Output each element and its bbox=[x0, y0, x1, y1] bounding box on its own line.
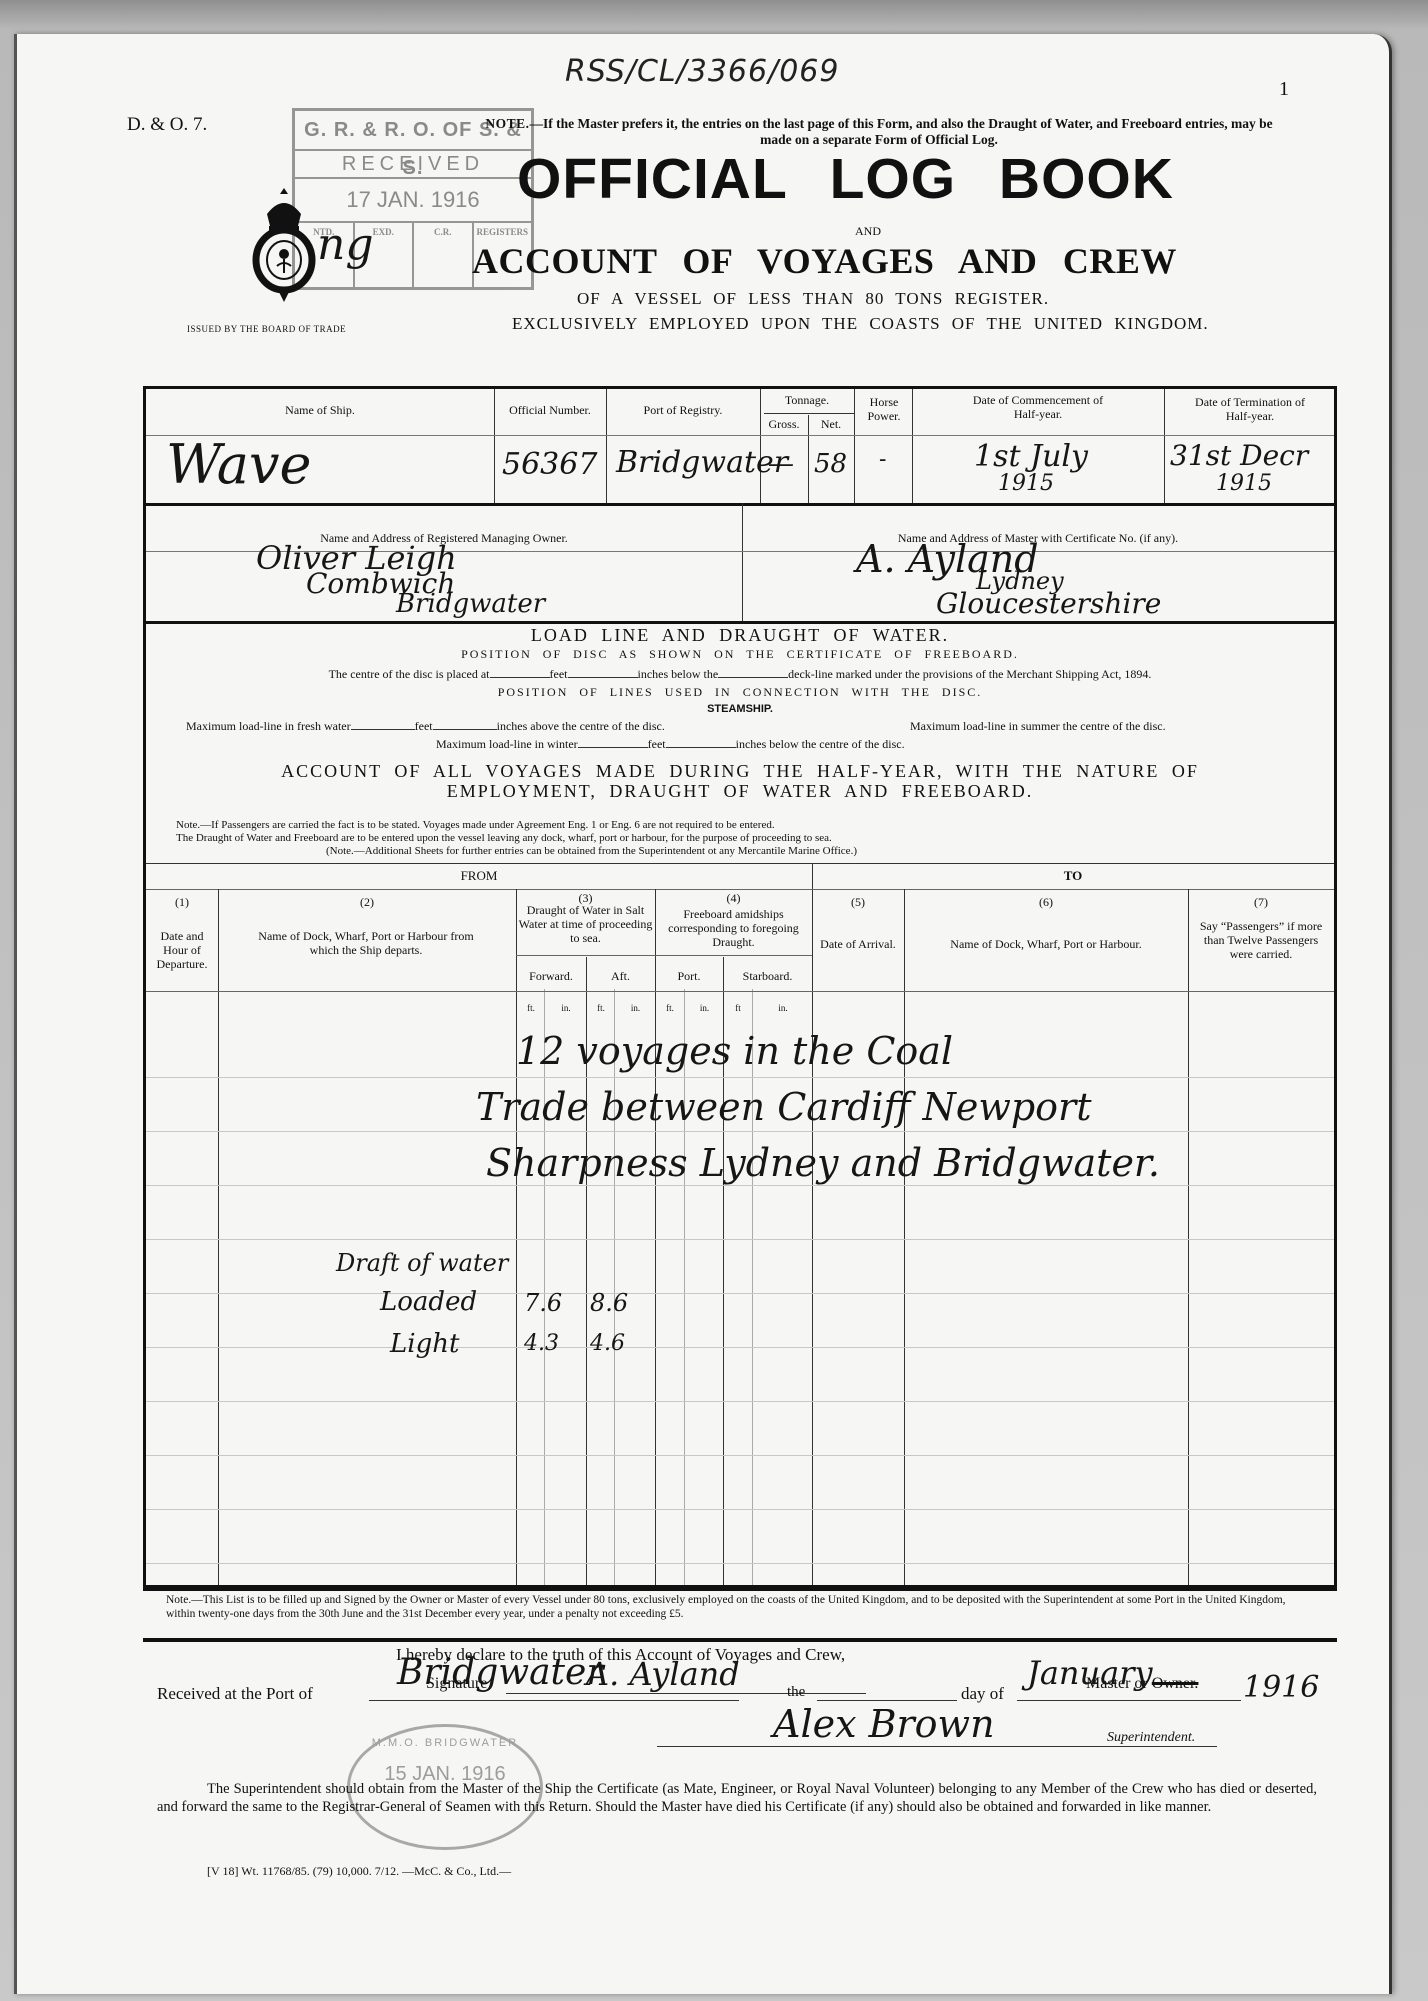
draught-label: Draft of water bbox=[336, 1249, 508, 1277]
col-2-label: Name of Dock, Wharf, Port or Harbour fro… bbox=[256, 929, 476, 957]
col-6-label: Name of Dock, Wharf, Port or Harbour. bbox=[946, 937, 1146, 951]
label-commencement: Date of Commencement of Half-year. bbox=[916, 393, 1160, 421]
fresh-water-line: Maximum load-line in fresh waterfeetinch… bbox=[186, 719, 665, 734]
col-5-label: Date of Arrival. bbox=[816, 937, 900, 951]
unit-in: in. bbox=[754, 1001, 812, 1015]
draught-loaded-aft: 8.6 bbox=[590, 1289, 628, 1317]
label-gross: Gross. bbox=[760, 417, 808, 431]
value-horse-power: - bbox=[879, 447, 886, 472]
disc-heading: POSITION OF DISC AS SHOWN ON THE CERTIFI… bbox=[146, 647, 1334, 662]
label-horse-power: Horse Power. bbox=[856, 395, 912, 423]
unit-ft: ft. bbox=[657, 1001, 683, 1015]
superintendent-signature: Alex Brown bbox=[773, 1702, 995, 1746]
account-note-3: (Note.—Additional Sheets for further ent… bbox=[326, 845, 857, 857]
royal-crest-icon bbox=[249, 184, 319, 304]
col-4-num: (4) bbox=[655, 891, 812, 905]
log-book-page: RSS/CL/3366/069 1 D. & O. 7. G. R. & R. … bbox=[14, 34, 1392, 1994]
issuer-label: ISSUED BY THE BOARD OF TRADE bbox=[187, 324, 346, 334]
winter-line: Maximum load-line in winterfeetinches be… bbox=[436, 737, 905, 752]
col-1-label: Date and Hour of Departure. bbox=[150, 929, 214, 971]
col-2-num: (2) bbox=[218, 895, 516, 909]
summer-line: Maximum load-line in summer the centre o… bbox=[910, 719, 1166, 734]
subcol-aft: Aft. bbox=[586, 969, 655, 983]
page-subtitle: ACCOUNT OF VOYAGES AND CREW bbox=[472, 240, 1177, 282]
receipt-the-label: the bbox=[787, 1684, 805, 1701]
col-4-label: Freeboard amidships corresponding to for… bbox=[657, 907, 810, 949]
col-7-label: Say “Passengers” if more than Twelve Pas… bbox=[1194, 919, 1328, 961]
title-and: AND bbox=[855, 224, 881, 239]
closing-instructions: The Superintendent should obtain from th… bbox=[157, 1780, 1317, 1816]
receipt-port-label: Received at the Port of bbox=[157, 1684, 313, 1704]
label-official-number: Official Number. bbox=[494, 403, 606, 417]
stamp-status: RECEIVED bbox=[295, 151, 531, 179]
superintendent-label: Superintendent. bbox=[1107, 1730, 1195, 1746]
master-signature: A. Ayland bbox=[586, 1655, 740, 1693]
main-form-box: Name of Ship. Official Number. Port of R… bbox=[143, 386, 1337, 1591]
load-line-title: LOAD LINE AND DRAUGHT OF WATER. bbox=[146, 625, 1334, 646]
archive-reference: RSS/CL/3366/069 bbox=[565, 54, 839, 89]
account-title: ACCOUNT OF ALL VOYAGES MADE DURING THE H… bbox=[146, 761, 1334, 801]
col-1-num: (1) bbox=[146, 895, 218, 909]
receipt-day-of-label: day of bbox=[961, 1684, 1004, 1704]
printer-line: [V 18] Wt. 11768/85. (79) 10,000. 7/12. … bbox=[207, 1864, 511, 1879]
entry-line-3: Sharpness Lydney and Bridgwater. bbox=[486, 1141, 1160, 1185]
value-commencement: 1st July bbox=[974, 439, 1088, 474]
top-note: NOTE.—If the Master prefers it, the entr… bbox=[469, 116, 1289, 148]
to-label: TO bbox=[812, 869, 1334, 883]
value-termination: 31st Decr bbox=[1170, 439, 1308, 472]
col-7-num: (7) bbox=[1188, 895, 1334, 909]
from-label: FROM bbox=[146, 869, 812, 883]
subtitle-tonnage: OF A VESSEL OF LESS THAN 80 TONS REGISTE… bbox=[577, 289, 1049, 309]
receipt-port: Bridgwater bbox=[397, 1652, 604, 1693]
col-6-num: (6) bbox=[904, 895, 1188, 909]
label-ship-name: Name of Ship. bbox=[146, 403, 494, 417]
subcol-port: Port. bbox=[655, 969, 723, 983]
draught-light-forward: 4.3 bbox=[524, 1331, 559, 1356]
draught-light-label: Light bbox=[390, 1329, 459, 1359]
form-code: D. & O. 7. bbox=[127, 114, 207, 136]
value-port: Bridgwater bbox=[616, 445, 788, 480]
unit-in: in. bbox=[686, 1001, 723, 1015]
account-note-2: The Draught of Water and Freeboard are t… bbox=[176, 832, 832, 844]
draught-light-aft: 4.6 bbox=[590, 1331, 625, 1356]
unit-ft: ft. bbox=[588, 1001, 614, 1015]
master-address-2: Gloucestershire bbox=[936, 587, 1161, 620]
stamp-initials: ng bbox=[317, 219, 374, 270]
value-official-number: 56367 bbox=[502, 447, 597, 482]
value-net: 58 bbox=[814, 449, 847, 479]
draught-loaded-label: Loaded bbox=[380, 1287, 477, 1317]
label-tonnage: Tonnage. bbox=[760, 393, 854, 407]
entry-line-2: Trade between Cardiff Newport bbox=[476, 1085, 1091, 1129]
page-number: 1 bbox=[1279, 78, 1289, 101]
unit-in: in. bbox=[616, 1001, 655, 1015]
col-3-label: Draught of Water in Salt Water at time o… bbox=[518, 903, 653, 945]
subcol-starboard: Starboard. bbox=[723, 969, 812, 983]
subtitle-coasts: EXCLUSIVELY EMPLOYED UPON THE COASTS OF … bbox=[512, 314, 1209, 334]
draught-loaded-forward: 7.6 bbox=[524, 1289, 562, 1317]
receipt-month: January bbox=[1027, 1654, 1153, 1692]
value-commencement-year: 1915 bbox=[998, 471, 1054, 496]
account-note-1: Note.—If Passengers are carried the fact… bbox=[176, 819, 775, 831]
value-termination-year: 1915 bbox=[1216, 471, 1272, 496]
declaration-note: Note.—This List is to be filled up and S… bbox=[166, 1593, 1316, 1621]
subcol-forward: Forward. bbox=[516, 969, 586, 983]
label-termination: Date of Termination of Half-year. bbox=[1166, 395, 1334, 423]
lines-heading: POSITION OF LINES USED IN CONNECTION WIT… bbox=[146, 685, 1334, 700]
unit-ft: ft bbox=[725, 1001, 751, 1015]
unit-in: in. bbox=[546, 1001, 586, 1015]
value-gross: — bbox=[768, 449, 794, 479]
label-port-of-registry: Port of Registry. bbox=[606, 403, 760, 417]
col-5-num: (5) bbox=[812, 895, 904, 909]
entry-line-1: 12 voyages in the Coal bbox=[516, 1029, 953, 1073]
owner-address-2: Bridgwater bbox=[396, 589, 545, 619]
unit-ft: ft. bbox=[518, 1001, 544, 1015]
stamp-date: 17 JAN. 1916 bbox=[295, 179, 531, 223]
stamp-cell-cr: C.R. bbox=[414, 223, 474, 287]
value-ship-name: Wave bbox=[166, 433, 311, 496]
label-net: Net. bbox=[808, 417, 854, 431]
receipt-year: 1916 bbox=[1243, 1670, 1319, 1705]
page-title: OFFICIAL LOG BOOK bbox=[517, 146, 1174, 212]
disc-position-line: The centre of the disc is placed atfeeti… bbox=[146, 667, 1334, 682]
steamship-label: STEAMSHIP. bbox=[146, 703, 1334, 715]
